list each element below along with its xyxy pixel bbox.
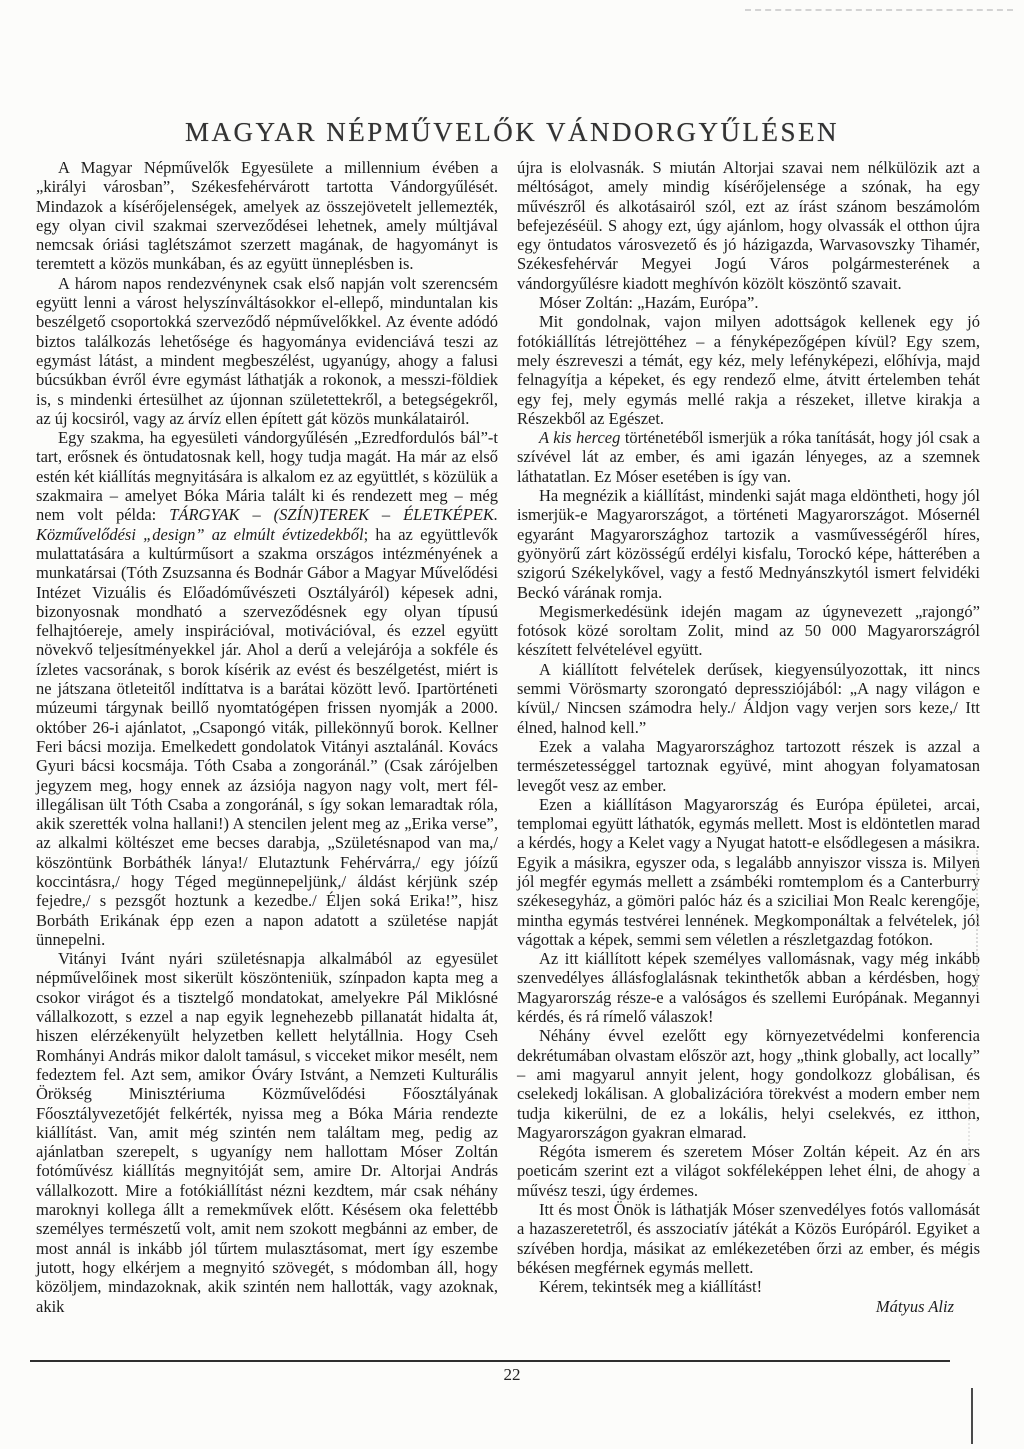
text-run: Megismerkedésünk idején magam az úgyneve… bbox=[517, 602, 980, 660]
paragraph: Mit gondolnak, vajon milyen adottságok k… bbox=[517, 312, 980, 428]
text-run: újra is elolvasnák. S miután Altorjai sz… bbox=[517, 158, 980, 293]
paragraph: Egy szakma, ha egyesületi vándorgyűlésén… bbox=[36, 428, 498, 949]
paragraph: Itt és most Önök is láthatják Móser szen… bbox=[517, 1200, 980, 1277]
italic-text-run: Mátyus Aliz bbox=[876, 1297, 954, 1316]
paragraph: Az itt kiállított képek személyes vallom… bbox=[517, 949, 980, 1026]
scan-artifact-vertical-line bbox=[971, 1388, 973, 1444]
scan-artifact-dotted-edge bbox=[976, 850, 978, 990]
scan-artifact-edge-smudge bbox=[968, 1095, 970, 1165]
text-run: Ezek a valaha Magyarországhoz tartozott … bbox=[517, 737, 980, 795]
italic-text-run: A kis herceg bbox=[539, 428, 620, 447]
text-run: Régóta ismerem és szeretem Móser Zoltán … bbox=[517, 1142, 980, 1200]
text-run: A három napos rendezvénynek csak első na… bbox=[36, 274, 498, 428]
text-run: ; ha az együttlevők mulattatására a kult… bbox=[36, 525, 498, 949]
paragraph: A kiállított felvételek derűsek, kiegyen… bbox=[517, 660, 980, 737]
paragraph: Ezen a kiállításon Magyarország és Európ… bbox=[517, 795, 980, 949]
scanned-page: MAGYAR NÉPMŰVELŐK VÁNDORGYŰLÉSEN A Magya… bbox=[0, 0, 1024, 1449]
paragraph: A három napos rendezvénynek csak első na… bbox=[36, 274, 498, 428]
left-column: A Magyar Népművelők Egyesülete a millenn… bbox=[36, 158, 498, 1316]
text-run: Ezen a kiállításon Magyarország és Európ… bbox=[517, 795, 980, 949]
paragraph: Néhány évvel ezelőtt egy környezetvédelm… bbox=[517, 1026, 980, 1142]
paragraph: A Magyar Népművelők Egyesülete a millenn… bbox=[36, 158, 498, 274]
footer-rule bbox=[30, 1360, 950, 1362]
paragraph: A kis herceg történetéből ismerjük a rók… bbox=[517, 428, 980, 486]
text-run: Az itt kiállított képek személyes vallom… bbox=[517, 949, 980, 1026]
text-run: Vitányi Ivánt nyári születésnapja alkalm… bbox=[36, 949, 498, 1315]
paragraph: Ezek a valaha Magyarországhoz tartozott … bbox=[517, 737, 980, 795]
text-run: Móser Zoltán: „Hazám, Európa”. bbox=[539, 293, 758, 312]
paragraph: Móser Zoltán: „Hazám, Európa”. bbox=[517, 293, 980, 312]
text-run: Kérem, tekintsék meg a kiállítást! bbox=[539, 1277, 762, 1296]
paragraph: Kérem, tekintsék meg a kiállítást! bbox=[517, 1277, 980, 1296]
article-title: MAGYAR NÉPMŰVELŐK VÁNDORGYŰLÉSEN bbox=[0, 117, 1024, 148]
paragraph: újra is elolvasnák. S miután Altorjai sz… bbox=[517, 158, 980, 293]
text-run: A Magyar Népművelők Egyesülete a millenn… bbox=[36, 158, 498, 273]
signature: Mátyus Aliz bbox=[517, 1297, 980, 1316]
paragraph: Régóta ismerem és szeretem Móser Zoltán … bbox=[517, 1142, 980, 1200]
right-column: újra is elolvasnák. S miután Altorjai sz… bbox=[517, 158, 980, 1316]
text-run: Néhány évvel ezelőtt egy környezetvédelm… bbox=[517, 1026, 980, 1141]
text-run: Mit gondolnak, vajon milyen adottságok k… bbox=[517, 312, 980, 427]
paragraph: Vitányi Ivánt nyári születésnapja alkalm… bbox=[36, 949, 498, 1316]
text-run: Itt és most Önök is láthatják Móser szen… bbox=[517, 1200, 980, 1277]
text-run: A kiállított felvételek derűsek, kiegyen… bbox=[517, 660, 980, 737]
paragraph: Megismerkedésünk idején magam az úgyneve… bbox=[517, 602, 980, 660]
text-run: Ha megnézik a kiállítást, mindenki saját… bbox=[517, 486, 980, 601]
scan-artifact-dashed-line bbox=[745, 9, 1013, 11]
paragraph: Ha megnézik a kiállítást, mindenki saját… bbox=[517, 486, 980, 602]
page-number: 22 bbox=[488, 1365, 536, 1385]
